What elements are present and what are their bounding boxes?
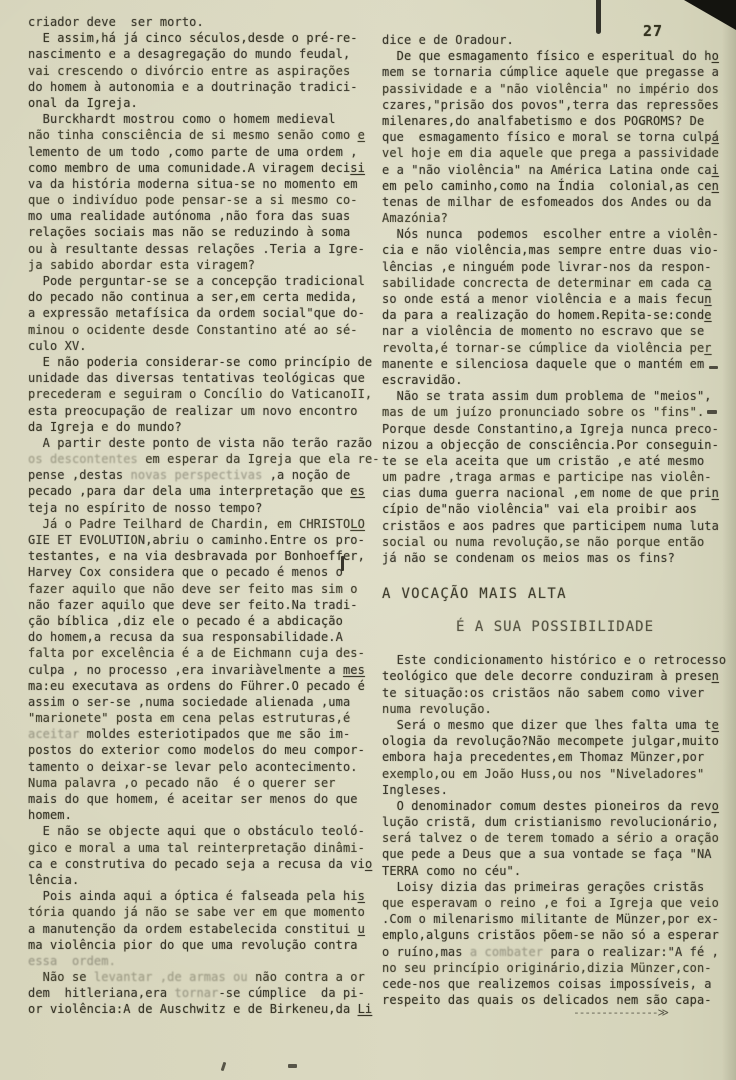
continuation-arrow: ‐‐‐‐‐‐‐‐‐‐‐‐‐‐‐≫ — [382, 1006, 726, 1019]
text-line: "marionete" posta em cena pelas estrutur… — [28, 710, 372, 726]
text-line: Amazónia? — [382, 210, 726, 226]
text-line: manente e silenciosa daquele que o manté… — [382, 356, 726, 372]
text-line: unidade das diversas tentativas teológic… — [28, 370, 372, 386]
text-line: esta preocupação de realizar um novo enc… — [28, 403, 372, 419]
text-line: criador deve ser morto. — [28, 14, 372, 30]
text-line: vel hoje em dia aquele que prega a passi… — [382, 145, 726, 161]
right-column-top-text: dice e de Oradour. De que esmagamento fí… — [382, 32, 726, 566]
text-line: tória quando já não se sabe ver em que m… — [28, 904, 372, 920]
text-line: E não se objecte aqui que o obstáculo te… — [28, 823, 372, 839]
right-column-bottom-text: Este condicionamento histórico e o retro… — [382, 652, 726, 1008]
text-line: ma:eu executava as ordens do Führer.O pe… — [28, 678, 372, 694]
text-line: aceitar moldes esteriotipados que me são… — [28, 726, 372, 742]
text-line: emplo,alguns cristãos põem-se não só a e… — [382, 927, 726, 943]
text-line: homem. — [28, 807, 372, 823]
text-line: um padre ,traga armas e participe nas vi… — [382, 469, 726, 485]
text-line: GIE ET EVOLUTION,abriu o caminho.Entre o… — [28, 532, 372, 548]
text-line: czares,"prisão dos povos",terra das repr… — [382, 97, 726, 113]
text-line: minou o ocidente desde Constantino até a… — [28, 322, 372, 338]
text-line: revolta,é tornar-se cúmplice da violênci… — [382, 340, 726, 356]
text-line: lências ,e ninguém pode livrar-nos da re… — [382, 259, 726, 275]
text-line: precederam e seguiram o Concílio do Vati… — [28, 386, 372, 402]
text-line: falta por excelência é a de Eichmann cuj… — [28, 645, 372, 661]
scanned-page: 27 criador deve ser morto. E assim,há já… — [0, 0, 736, 1080]
text-line: onal da Igreja. — [28, 95, 372, 111]
text-line: Será o mesmo que dizer que lhes falta um… — [382, 717, 726, 733]
text-line: relações sociais mas não se reduzindo à … — [28, 224, 372, 240]
text-line: do homem à autonomia e a doutrinação tra… — [28, 79, 372, 95]
text-line: Pois ainda aqui a óptica é falseada pela… — [28, 888, 372, 904]
text-line: em pelo caminho,como na Índia colonial,a… — [382, 178, 726, 194]
text-line: da Igreja e do mundo? — [28, 419, 372, 435]
text-line: culpa , no processo ,era invariàvelmente… — [28, 662, 372, 678]
text-line: e a "não violência" na América Latina on… — [382, 162, 726, 178]
text-line: ologia da revolução?Não mecompete julgar… — [382, 733, 726, 749]
text-line: A partir deste ponto de vista não terão … — [28, 435, 372, 451]
text-line: social ou numa revolução,se não porque e… — [382, 534, 726, 550]
stray-ink-mark — [221, 1062, 227, 1071]
text-line: Já o Padre Teilhard de Chardin, em CHRIS… — [28, 516, 372, 532]
scan-corner-artifact — [684, 0, 736, 30]
text-line: teja no espírito de nosso tempo? — [28, 500, 372, 516]
text-line: Porque desde Constantino,a Igreja nunca … — [382, 421, 726, 437]
text-line: Burckhardt mostrou como o homem medieval — [28, 111, 372, 127]
text-line: dem hitleriana,era tornar-se cúmplice da… — [28, 985, 372, 1001]
text-line: Numa palavra ,o pecado não é o querer se… — [28, 775, 372, 791]
text-line: O denominador comum destes pioneiros da … — [382, 798, 726, 814]
text-line: ção bíblica ,diz ele o pecado é a abdica… — [28, 613, 372, 629]
text-line: no seu princípio originário,dizia Münzer… — [382, 960, 726, 976]
text-line: não fazer aquilo que deve ser feito.Na t… — [28, 597, 372, 613]
text-line: passividade e a "não violência" no impér… — [382, 81, 726, 97]
text-line: não tinha consciência de si mesmo senão … — [28, 127, 372, 143]
text-line: o ruíno,mas a combater para o realizar:"… — [382, 944, 726, 960]
text-line: cede-nos que realizemos coisas impossíve… — [382, 976, 726, 992]
text-line: TERRA como no céu". — [382, 863, 726, 879]
text-line: mem se tornaria cúmplice aquele que preg… — [382, 64, 726, 80]
text-line: nascimento e a desagregação do mundo feu… — [28, 46, 372, 62]
text-line: que o indivíduo pode pensar-se a si mesm… — [28, 192, 372, 208]
text-line: tamento o deixar-se levar pelo acontecim… — [28, 759, 372, 775]
text-line: so onde está a menor violência e a mais … — [382, 291, 726, 307]
text-line: já não se condenam os meios mas os fins? — [382, 550, 726, 566]
text-line: teológico que dele decorre conduziram à … — [382, 668, 726, 684]
text-line: vai crescendo o divórcio entre as aspira… — [28, 63, 372, 79]
text-line: embora haja precedentes,em Thomaz Münzer… — [382, 749, 726, 765]
text-line: do pecado não continua a ser,em certa me… — [28, 289, 372, 305]
text-line: De que esmagamento físico e esperitual d… — [382, 48, 726, 64]
text-line: cípio de"não violência" vai ela proibir … — [382, 501, 726, 517]
text-line: ja sabido abordar esta viragem? — [28, 257, 372, 273]
text-line: postos do exterior como modelos do meu c… — [28, 742, 372, 758]
stray-ink-mark — [288, 1064, 297, 1068]
text-line: testantes, e na via desbravada por Bonho… — [28, 548, 372, 564]
text-line: Pode perguntar-se se a concepção tradici… — [28, 273, 372, 289]
stray-ink-mark — [709, 366, 718, 369]
text-line: ca e construtiva do pecado seja a recusa… — [28, 856, 372, 872]
text-line: ma violência pior do que uma revolução c… — [28, 937, 372, 953]
text-line: como membro de uma comunidade.A viragem … — [28, 160, 372, 176]
stray-ink-mark — [707, 410, 717, 414]
text-line: Não se levantar ,de armas ou não contra … — [28, 969, 372, 985]
text-line: or violência:A de Auschwitz e de Birkene… — [28, 1001, 372, 1017]
text-line: pense ,destas novas perspectivas ,a noçã… — [28, 467, 372, 483]
text-line: nizou a objecção de consciência.Por cons… — [382, 437, 726, 453]
text-line: te situação:os cristãos não sabem como v… — [382, 685, 726, 701]
text-line: que esperavam o reino ,e foi a Igreja qu… — [382, 895, 726, 911]
text-line: cia e não violência,mas sempre entre dua… — [382, 242, 726, 258]
text-line: os descontentes em esperar da Igreja que… — [28, 451, 372, 467]
text-line: Não se trata assim dum problema de "meio… — [382, 388, 726, 404]
text-line: E não poderia considerar-se como princíp… — [28, 354, 372, 370]
text-line: mo uma realidade autónoma ,não fora das … — [28, 208, 372, 224]
text-line: Ingleses. — [382, 782, 726, 798]
text-line: exemplo,ou em João Huss,ou nos "Nivelado… — [382, 766, 726, 782]
left-column: criador deve ser morto. E assim,há já ci… — [28, 14, 372, 1018]
text-line: Loisy dizia das primeiras gerações crist… — [382, 879, 726, 895]
text-line: ou à resultante dessas relações .Teria a… — [28, 241, 372, 257]
text-line: E assim,há já cinco séculos,desde o pré-… — [28, 30, 372, 46]
text-line: lemento de um todo ,como parte de uma or… — [28, 144, 372, 160]
section-heading-line1: A VOCAÇÃO MAIS ALTA — [382, 586, 726, 602]
text-line: lência. — [28, 872, 372, 888]
text-line: que pede a Deus que a sua vontade se faç… — [382, 846, 726, 862]
text-line: va da história moderna situa-se no momen… — [28, 176, 372, 192]
text-line: Este condicionamento histórico e o retro… — [382, 652, 726, 668]
text-line: a manutenção da ordem estabelecida const… — [28, 921, 372, 937]
text-line: numa revolução. — [382, 701, 726, 717]
text-line: que esmagamento físico e moral se torna … — [382, 129, 726, 145]
right-column: dice e de Oradour. De que esmagamento fí… — [382, 32, 726, 1019]
text-line: fazer aquilo que não deve ser feito mas … — [28, 581, 372, 597]
stray-ink-mark — [341, 556, 344, 571]
text-line: a expressão metafísica da ordem social"q… — [28, 305, 372, 321]
text-line: essa ordem. — [28, 953, 372, 969]
text-line: do homem,a recusa da sua responsabilidad… — [28, 629, 372, 645]
text-line: culo XV. — [28, 338, 372, 354]
text-line: tenas de milhar de esfomeados dos Andes … — [382, 194, 726, 210]
text-line: cias duma guerra nacional ,em nome de qu… — [382, 485, 726, 501]
text-line: da para a realização do homem.Repita-se:… — [382, 307, 726, 323]
text-line: pecado ,para dar dela uma interpretação … — [28, 483, 372, 499]
text-line: sabilidade concrecta de determinar em ca… — [382, 275, 726, 291]
scan-top-artifact — [596, 0, 601, 34]
text-line: te se ela aceita que um cristão ,e até m… — [382, 453, 726, 469]
text-line: nar a violência de momento no escravo qu… — [382, 323, 726, 339]
text-line: milenares,do analfabetismo e dos POGROMS… — [382, 113, 726, 129]
text-line: gico e moral a uma tal reinterpretação d… — [28, 840, 372, 856]
text-line: .Com o milenarismo militante de Münzer,p… — [382, 911, 726, 927]
text-line: mais do que homem, é aceitar ser menos d… — [28, 791, 372, 807]
text-line: mas de um juízo pronunciado sobre os "fi… — [382, 404, 726, 420]
text-line: dice e de Oradour. — [382, 32, 726, 48]
text-line: cristãos e aos padres que participem num… — [382, 518, 726, 534]
text-line: escravidão. — [382, 372, 726, 388]
text-line: Nós nunca podemos escolher entre a violê… — [382, 226, 726, 242]
text-line: assim o ser-se ,numa sociedade alienada … — [28, 694, 372, 710]
text-line: lução cristã, dum cristianismo revolucio… — [382, 814, 726, 830]
text-line: será talvez o de terem tomado a sério a … — [382, 830, 726, 846]
section-heading-line2: É A SUA POSSIBILIDADE — [456, 619, 726, 635]
text-line: Harvey Cox considera que o pecado é meno… — [28, 564, 372, 580]
